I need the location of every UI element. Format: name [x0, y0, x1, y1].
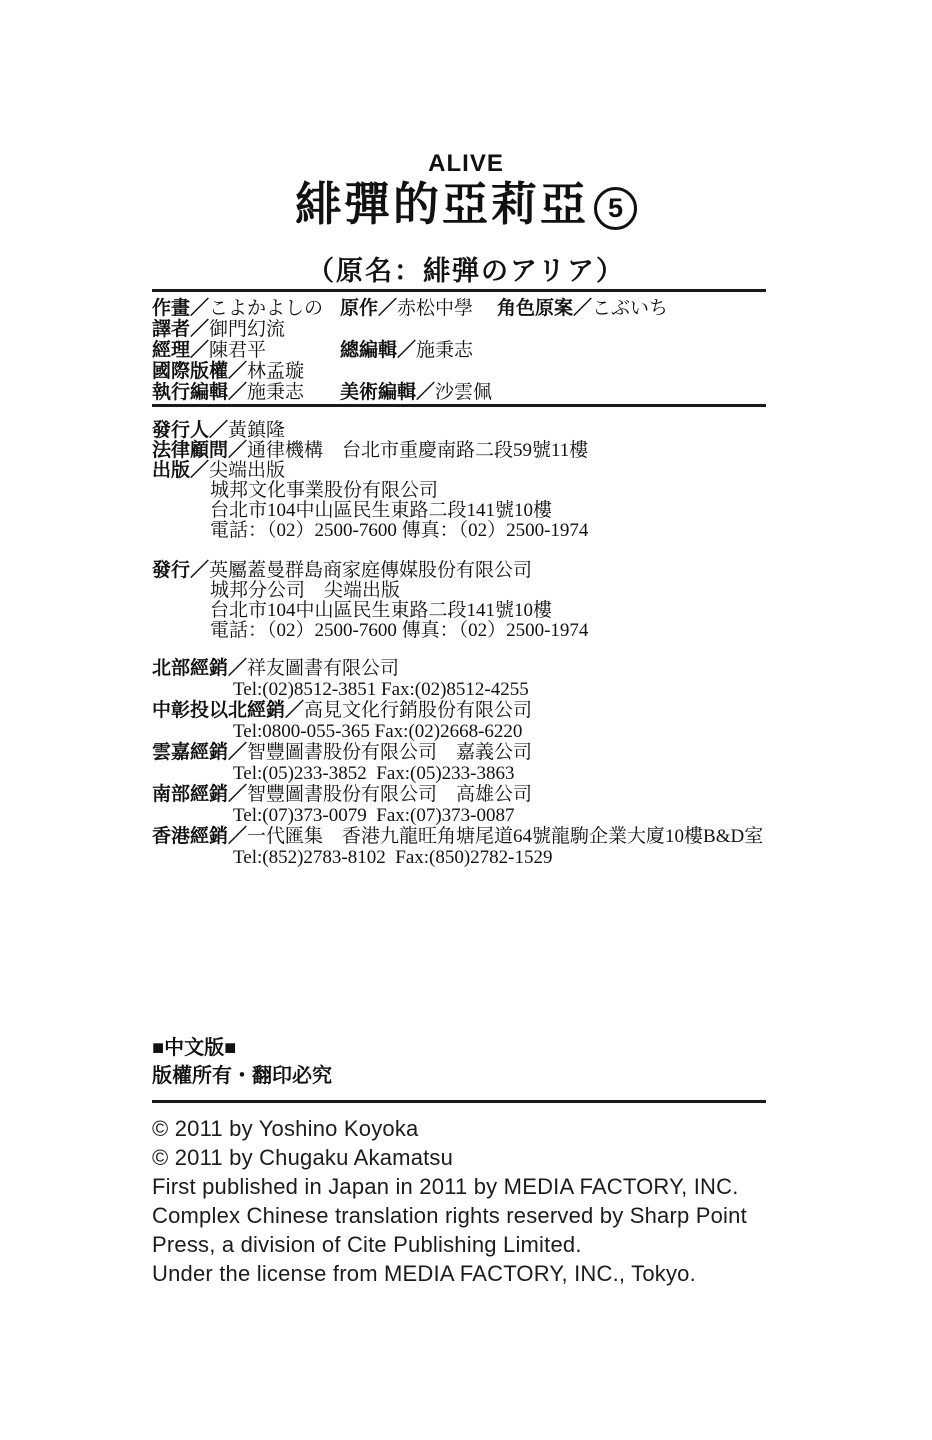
issuer-address-line: 城邦分公司 尖端出版 — [152, 581, 768, 601]
copyright-line: © 2011 by Yoshino Koyoka — [152, 1114, 768, 1143]
edition-footer: ■中文版■ 版權所有・翻印必究 — [152, 1034, 768, 1090]
field-value: 台北市104中山區民生東路二段141號10樓 — [210, 500, 552, 521]
issuer-line: 發行／英屬蓋曼群島商家庭傳媒股份有限公司 — [152, 561, 768, 581]
volume-number-badge: 5 — [594, 187, 637, 230]
publisher-block: 發行人／黃鎮隆 法律顧問／通律機構 台北市重慶南路二段59號11樓 出版／尖端出… — [152, 421, 768, 541]
credit-value: 御門幻流 — [209, 319, 285, 340]
field-value: 黃鎮隆 — [228, 420, 285, 441]
credit-row: 執行編輯／施秉志美術編輯／沙雲佩 — [152, 382, 768, 403]
distributor-line: 南部經銷／智豐圖書股份有限公司 高雄公司 — [152, 784, 768, 805]
field-label: 雲嘉經銷／ — [152, 742, 247, 763]
copyright-line: Under the license from MEDIA FACTORY, IN… — [152, 1259, 768, 1288]
issuer-address-line: 台北市104中山區民生東路二段141號10樓 — [152, 601, 768, 621]
copyright-line: © 2011 by Chugaku Akamatsu — [152, 1143, 768, 1172]
credit-label: 角色原案／ — [497, 298, 592, 319]
field-label: 發行人／ — [152, 420, 228, 441]
field-value: 尖端出版 — [209, 460, 285, 481]
distributor-line: 香港經銷／一代匯集 香港九龍旺角塘尾道64號龍駒企業大廈10樓B&D室 — [152, 826, 768, 847]
distributor-tel-line: Tel:(02)8512-3851 Fax:(02)8512-4255 — [152, 679, 768, 700]
field-label: 北部經銷／ — [152, 658, 247, 679]
credit-row: 作畫／こよかよしの原作／赤松中學角色原案／こぶいち — [152, 298, 768, 319]
rights-notice: 版權所有・翻印必究 — [152, 1062, 768, 1090]
original-title-note: （原名：緋弾のアリア） — [0, 249, 932, 288]
publisher-address-line: 城邦文化事業股份有限公司 — [152, 481, 768, 501]
tel-fax-value: Tel:0800-055-365 Fax:(02)2668-6220 — [233, 721, 522, 742]
field-label: 法律顧問／ — [152, 440, 247, 461]
distributor-line: 中彰投以北經銷／高見文化行銷股份有限公司 — [152, 700, 768, 721]
credit-value: 陳君平 — [209, 340, 266, 361]
field-value: 英屬蓋曼群島商家庭傳媒股份有限公司 — [209, 560, 532, 581]
credit-value: 沙雲佩 — [435, 382, 492, 403]
field-value: 台北市104中山區民生東路二段141號10樓 — [210, 600, 552, 621]
issuer-block: 發行／英屬蓋曼群島商家庭傳媒股份有限公司 城邦分公司 尖端出版 台北市104中山… — [152, 561, 768, 641]
credit-label: 經理／ — [152, 340, 209, 361]
field-label: 香港經銷／ — [152, 826, 247, 847]
tel-fax-value: Tel:(02)8512-3851 Fax:(02)8512-4255 — [233, 679, 529, 700]
english-copyright-block: © 2011 by Yoshino Koyoka © 2011 by Chuga… — [152, 1114, 768, 1288]
publisher-address-line: 台北市104中山區民生東路二段141號10樓 — [152, 501, 768, 521]
credit-label: 總編輯／ — [340, 340, 416, 361]
credit-value: 施秉志 — [416, 340, 473, 361]
credit-value: 林孟璇 — [247, 361, 304, 382]
field-value: 祥友圖書有限公司 — [247, 658, 399, 679]
field-label: 出版／ — [152, 460, 209, 481]
credit-label: 執行編輯／ — [152, 382, 247, 403]
publisher-line: 出版／尖端出版 — [152, 461, 768, 481]
distributor-line: 北部經銷／祥友圖書有限公司 — [152, 658, 768, 679]
publisher-phone-line: 電話：（02）2500-7600 傳真：（02）2500-1974 — [152, 521, 768, 541]
copyright-line: Press, a division of Cite Publishing Lim… — [152, 1230, 768, 1259]
credit-label: 作畫／ — [152, 298, 209, 319]
field-value: 智豐圖書股份有限公司 高雄公司 — [247, 784, 532, 805]
field-value: 電話：（02）2500-7600 傳真：（02）2500-1974 — [210, 620, 588, 641]
credit-row: 經理／陳君平總編輯／施秉志 — [152, 340, 768, 361]
field-label: 中彰投以北經銷／ — [152, 700, 304, 721]
field-value: 通律機構 台北市重慶南路二段59號11樓 — [247, 440, 588, 461]
tel-fax-value: Tel:(07)373-0079 Fax:(07)373-0087 — [233, 805, 515, 826]
divider-footer — [152, 1100, 766, 1103]
field-value: 電話：（02）2500-7600 傳真：（02）2500-1974 — [210, 520, 588, 541]
divider-top — [152, 289, 766, 292]
series-label: ALIVE — [0, 150, 932, 178]
title-block: ALIVE 緋彈的亞莉亞5 （原名：緋弾のアリア） — [0, 150, 932, 288]
tel-fax-value: Tel:(05)233-3852 Fax:(05)233-3863 — [233, 763, 515, 784]
credit-value: 赤松中學 — [397, 298, 473, 319]
credit-label: 國際版權／ — [152, 361, 247, 382]
field-value: 智豐圖書股份有限公司 嘉義公司 — [247, 742, 532, 763]
credit-label: 美術編輯／ — [340, 382, 435, 403]
credit-label: 原作／ — [340, 298, 397, 319]
credit-value: こぶいち — [592, 298, 668, 319]
field-value: 城邦分公司 尖端出版 — [210, 580, 400, 601]
publisher-line: 法律顧問／通律機構 台北市重慶南路二段59號11樓 — [152, 441, 768, 461]
field-value: 高見文化行銷股份有限公司 — [304, 700, 532, 721]
copyright-line: Complex Chinese translation rights reser… — [152, 1201, 768, 1230]
publisher-line: 發行人／黃鎮隆 — [152, 421, 768, 441]
book-title-row: 緋彈的亞莉亞5 — [0, 178, 932, 242]
credit-label: 譯者／ — [152, 319, 209, 340]
copyright-line: First published in Japan in 2011 by MEDI… — [152, 1172, 768, 1201]
distributor-tel-line: Tel:0800-055-365 Fax:(02)2668-6220 — [152, 721, 768, 742]
field-value: 城邦文化事業股份有限公司 — [210, 480, 438, 501]
credit-row: 譯者／御門幻流 — [152, 319, 768, 340]
field-value: 一代匯集 香港九龍旺角塘尾道64號龍駒企業大廈10樓B&D室 — [247, 826, 763, 847]
distributor-tel-line: Tel:(05)233-3852 Fax:(05)233-3863 — [152, 763, 768, 784]
credits-block: 作畫／こよかよしの原作／赤松中學角色原案／こぶいち 譯者／御門幻流 經理／陳君平… — [152, 298, 768, 403]
distributor-tel-line: Tel:(852)2783-8102 Fax:(850)2782-1529 — [152, 847, 768, 868]
distributor-tel-line: Tel:(07)373-0079 Fax:(07)373-0087 — [152, 805, 768, 826]
credit-value: こよかよしの — [209, 298, 323, 319]
issuer-phone-line: 電話：（02）2500-7600 傳真：（02）2500-1974 — [152, 621, 768, 641]
credit-row: 國際版權／林孟璇 — [152, 361, 768, 382]
tel-fax-value: Tel:(852)2783-8102 Fax:(850)2782-1529 — [233, 847, 553, 868]
field-label: 南部經銷／ — [152, 784, 247, 805]
field-label: 發行／ — [152, 560, 209, 581]
distributor-line: 雲嘉經銷／智豐圖書股份有限公司 嘉義公司 — [152, 742, 768, 763]
book-title: 緋彈的亞莉亞 — [295, 178, 589, 230]
edition-label: ■中文版■ — [152, 1034, 768, 1062]
credit-value: 施秉志 — [247, 382, 304, 403]
divider-credits-bottom — [152, 404, 766, 407]
distributors-block: 北部經銷／祥友圖書有限公司 Tel:(02)8512-3851 Fax:(02)… — [152, 658, 768, 868]
